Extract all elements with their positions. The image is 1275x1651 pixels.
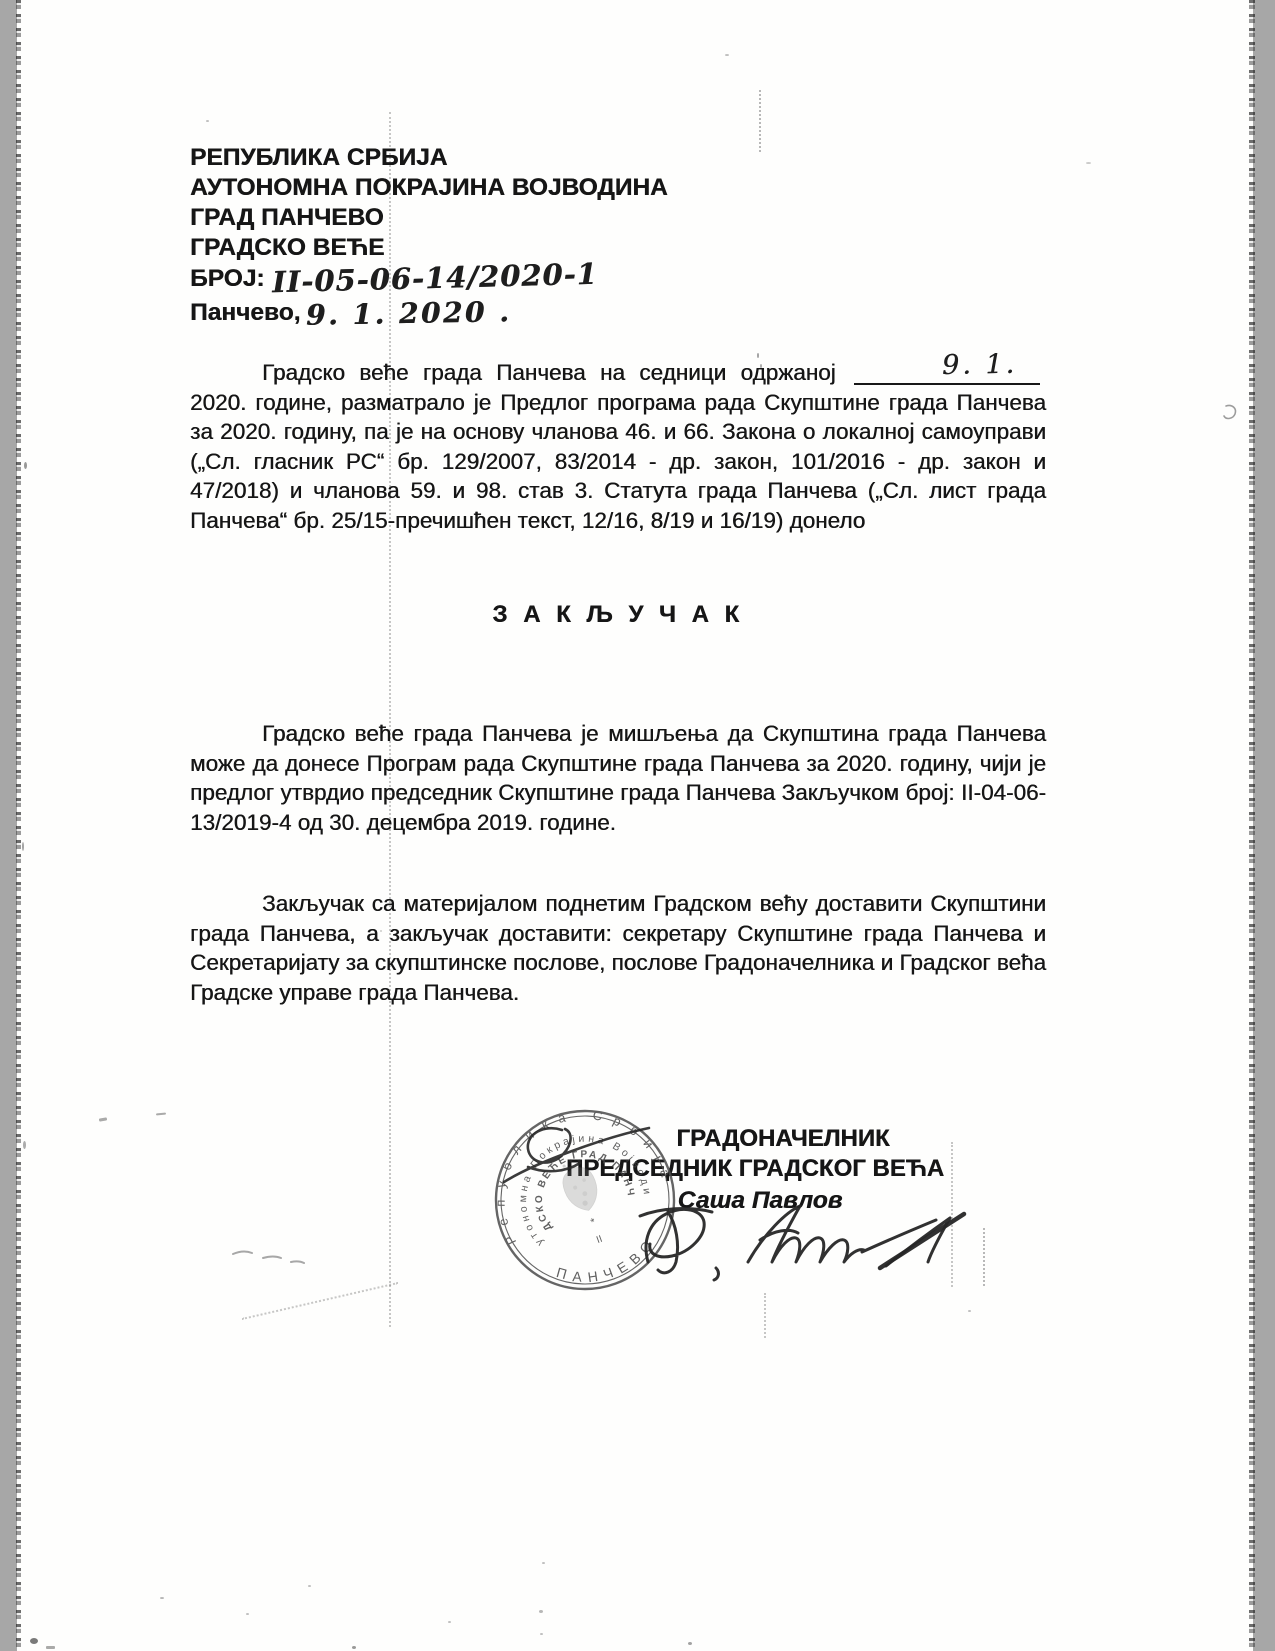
scan-speck: [99, 1117, 107, 1121]
fold-line-top: [759, 90, 761, 152]
document-number-label: БРОЈ:: [190, 265, 264, 292]
scan-speck: [540, 1633, 543, 1635]
scan-edge-right-noise: [1249, 0, 1255, 1651]
handwritten-session-date: 9. 1.: [870, 350, 1018, 382]
fold-line-below-signature: [764, 1293, 766, 1338]
intro-text-before-blank: Градско веће града Панчева на седници од…: [262, 360, 836, 385]
scan-speck: [46, 1646, 55, 1649]
letterhead-city: ГРАД ПАНЧЕВО: [190, 203, 668, 233]
scan-speck: [24, 462, 27, 469]
scan-speck: [1086, 162, 1091, 164]
scan-speck: [968, 1310, 971, 1312]
stray-pen-curl: [1224, 405, 1235, 418]
handwritten-document-number: II-05-06-14/2020-1: [272, 259, 599, 298]
letterhead: РЕПУБЛИКА СРБИЈА АУТОНОМНА ПОКРАЈИНА ВОЈ…: [190, 143, 668, 329]
scan-speck: [539, 1610, 543, 1613]
scan-speck: [156, 1112, 166, 1115]
scan-speck: [725, 54, 729, 56]
letterhead-country: РЕПУБЛИКА СРБИЈА: [190, 143, 668, 173]
pencil-dashes: [233, 1252, 304, 1263]
place-label: Панчево,: [190, 299, 300, 326]
scan-speck: [160, 1597, 164, 1599]
scan-speck: [688, 1642, 692, 1645]
scan-speck: [352, 1646, 356, 1649]
handwritten-date: 9. 1. 2020 .: [306, 297, 512, 331]
scan-edge-left: [0, 0, 17, 1651]
scan-speck: [448, 1621, 451, 1623]
crease-diagonal-bottom-left: [242, 1282, 398, 1320]
scan-speck: [380, 930, 382, 932]
stamp-center-numeral: II: [595, 1234, 604, 1246]
stamp-center-star: *: [589, 1216, 598, 1229]
scan-speck: [757, 353, 759, 358]
scan-speck: [308, 1585, 311, 1587]
scan-speck: [30, 1638, 38, 1644]
intro-text-after-blank: 2020. године, разматрало је Предлог прог…: [190, 390, 1046, 533]
session-date-blank: 9. 1.: [854, 359, 1040, 385]
delivery-paragraph: Закључак са материјалом поднетим Градско…: [190, 889, 1046, 1007]
official-round-stamp: Република Србија * ПАНЧЕВО * Аутономна П…: [493, 1108, 677, 1292]
scanned-document-page: РЕПУБЛИКА СРБИЈА АУТОНОМНА ПОКРАЈИНА ВОЈ…: [0, 0, 1275, 1651]
scan-speck: [206, 120, 209, 122]
document-number-line: БРОЈ:II-05-06-14/2020-1: [190, 263, 668, 294]
scan-speck: [23, 1141, 26, 1149]
letterhead-province: АУТОНОМНА ПОКРАЈИНА ВОЈВОДИНА: [190, 173, 668, 203]
scan-speck: [246, 1613, 249, 1615]
fold-line-right-lower: [983, 1228, 985, 1286]
signature-ink: [640, 1206, 950, 1280]
document-title: З А К Љ У Ч А К: [190, 601, 1046, 629]
scan-edge-right: [1253, 0, 1275, 1651]
place-date-line: Панчево,9. 1. 2020 .: [190, 298, 668, 329]
opinion-paragraph: Градско веће града Панчева је мишљења да…: [190, 719, 1046, 837]
scan-speck: [760, 364, 762, 368]
scan-edge-left-noise: [16, 0, 21, 1651]
intro-paragraph: Градско веће града Панчева на седници од…: [190, 358, 1046, 536]
scan-speck: [22, 842, 24, 851]
scan-speck: [542, 1562, 545, 1564]
